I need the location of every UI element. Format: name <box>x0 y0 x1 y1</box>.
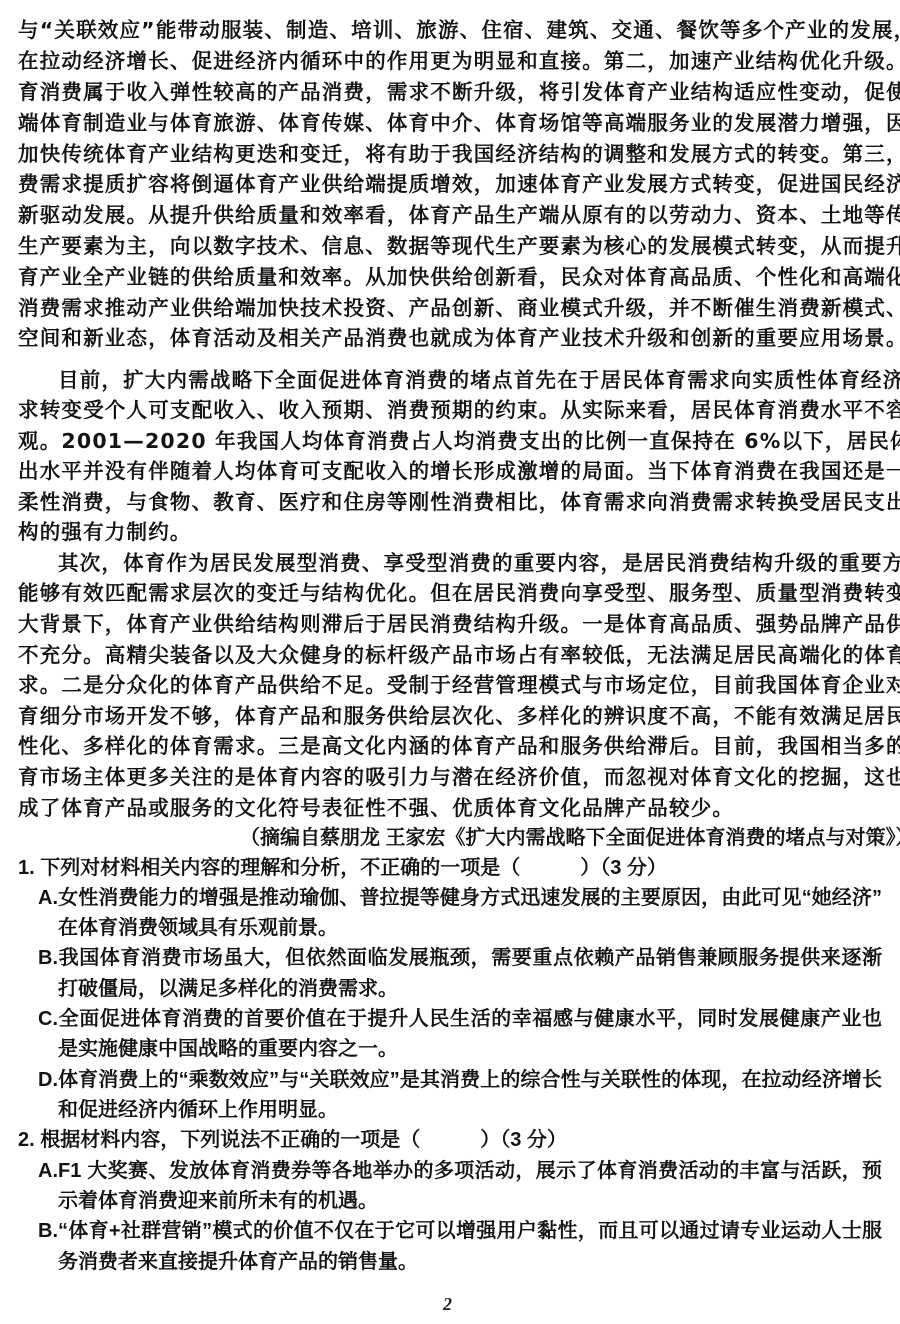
text-line: 端体育制造业与体育旅游、体育传媒、体育中介、体育场馆等高端服务业的发展潜力增强，… <box>18 111 882 135</box>
exam-page: 与“关联效应”能带动服装、制造、培训、旅游、住宿、建筑、交通、餐饮等多个产业的发… <box>0 0 900 1324</box>
text-line: 求。二是分众化的体育产品供给不足。受制于经营管理模式与市场定位，目前我国体育企业… <box>18 673 882 697</box>
text-line: 育细分市场开发不够，体育产品和服务供给层次化、多样化的辨识度不高，不能有效满足居… <box>18 704 882 728</box>
text-line: 出水平并没有伴随着人均体育可支配收入的增长形成激增的局面。当下体育消费在我国还是… <box>18 459 882 483</box>
option-text: B.“体育+社群营销”模式的价值不仅在于它可以增强用户黏性，而且可以通过请专业运… <box>38 1219 882 1243</box>
text-line: 新驱动发展。从提升供给质量和效率看，体育产品生产端从原有的以劳动力、资本、土地等… <box>18 203 882 227</box>
text-line: 目前，扩大内需战略下全面促进体育消费的堵点首先在于居民体育需求向实质性体育经济需 <box>58 368 882 392</box>
text-line: 能够有效匹配需求层次的变迁与结构优化。但在居民消费向享受型、服务型、质量型消费转… <box>18 581 882 605</box>
option-text: A.F1 大奖赛、发放体育消费券等各地举办的多项活动，展示了体育消费活动的丰富与… <box>38 1159 882 1183</box>
page-number: 2 <box>443 1294 452 1315</box>
question-stem: 2. 根据材料内容，下列说法不正确的一项是（ ）（3 分） <box>18 1128 567 1152</box>
text-line: 其次，体育作为居民发展型消费、享受型消费的重要内容，是居民消费结构升级的重要方向… <box>58 551 882 575</box>
text-line: 生产要素为主，向以数字技术、信息、数据等现代生产要素为核心的发展模式转变，从而提… <box>18 234 882 258</box>
text-line: 不充分。高精尖装备以及大众健身的标杆级产品市场占有率较低，无法满足居民高端化的体… <box>18 643 882 667</box>
option-text: A.女性消费能力的增强是推动瑜伽、普拉提等健身方式迅速发展的主要原因，由此可见“… <box>38 886 882 910</box>
option-text: 示着体育消费迎来前所未有的机遇。 <box>58 1189 882 1213</box>
option-text: B.我国体育消费市场虽大，但依然面临发展瓶颈，需要重点依赖产品销售兼顾服务提供来… <box>38 946 882 970</box>
text-line: 育消费属于收入弹性较高的产品消费，需求不断升级，将引发体育产业结构适应性变动，促… <box>18 80 882 104</box>
text-line: 大背景下，体育产业供给结构则滞后于居民消费结构升级。一是体育高品质、强势品牌产品… <box>18 612 882 636</box>
text-line: 育产业全产业链的供给质量和效率。从加快供给创新看，民众对体育高品质、个性化和高端… <box>18 265 882 289</box>
text-line: 求转变受个人可支配收入、收入预期、消费预期的约束。从实际来看，居民体育消费水平不… <box>18 398 882 422</box>
text-line: 构的强有力制约。 <box>18 520 882 544</box>
text-line: 费需求提质扩容将倒逼体育产业供给端提质增效，加速体育产业发展方式转变，促进国民经… <box>18 172 882 196</box>
option-text: 在体育消费领域具有乐观前景。 <box>58 916 882 940</box>
option-text: 是实施健康中国战略的重要内容之一。 <box>58 1037 882 1061</box>
text-line: 观。2001—2020 年我国人均体育消费占人均消费支出的比例一直保持在 6%以… <box>18 429 882 453</box>
text-line: 成了体育产品或服务的文化符号表征性不强、优质体育文化品牌产品较少。 <box>18 796 882 820</box>
source-citation: （摘编自蔡朋龙 王家宏《扩大内需战略下全面促进体育消费的堵点与对策》） <box>240 826 900 850</box>
option-text: 和促进经济内循环上作用明显。 <box>58 1098 882 1122</box>
option-text: D.体育消费上的“乘数效应”与“关联效应”是其消费上的综合性与关联性的体现，在拉… <box>38 1068 882 1092</box>
text-line: 与“关联效应”能带动服装、制造、培训、旅游、住宿、建筑、交通、餐饮等多个产业的发… <box>18 18 882 42</box>
text-line: 柔性消费，与食物、教育、医疗和住房等刚性消费相比，体育需求向消费需求转换受居民支… <box>18 490 882 514</box>
option-text: C.全面促进体育消费的首要价值在于提升人民生活的幸福感与健康水平，同时发展健康产… <box>38 1007 882 1031</box>
option-text: 务消费者来直接提升体育产品的销售量。 <box>58 1250 882 1274</box>
text-line: 育市场主体更多关注的是体育内容的吸引力与潜在经济价值，而忽视对体育文化的挖掘，这… <box>18 765 882 789</box>
text-line: 在拉动经济增长、促进经济内循环中的作用更为明显和直接。第二，加速产业结构优化升级… <box>18 49 882 73</box>
option-text: 打破僵局，以满足多样化的消费需求。 <box>58 977 882 1001</box>
text-line: 空间和新业态，体育活动及相关产品消费也就成为体育产业技术升级和创新的重要应用场景… <box>18 326 882 350</box>
text-line: 消费需求推动产业供给端加快技术投资、产品创新、商业模式升级，并不断催生消费新模式… <box>18 296 882 320</box>
text-line: 加快传统体育产业结构更迭和变迁，将有助于我国经济结构的调整和发展方式的转变。第三… <box>18 142 882 166</box>
question-stem: 1. 下列对材料相关内容的理解和分析，不正确的一项是（ ）（3 分） <box>18 856 667 880</box>
text-line: 性化、多样化的体育需求。三是高文化内涵的体育产品和服务供给滞后。目前，我国相当多… <box>18 734 882 758</box>
